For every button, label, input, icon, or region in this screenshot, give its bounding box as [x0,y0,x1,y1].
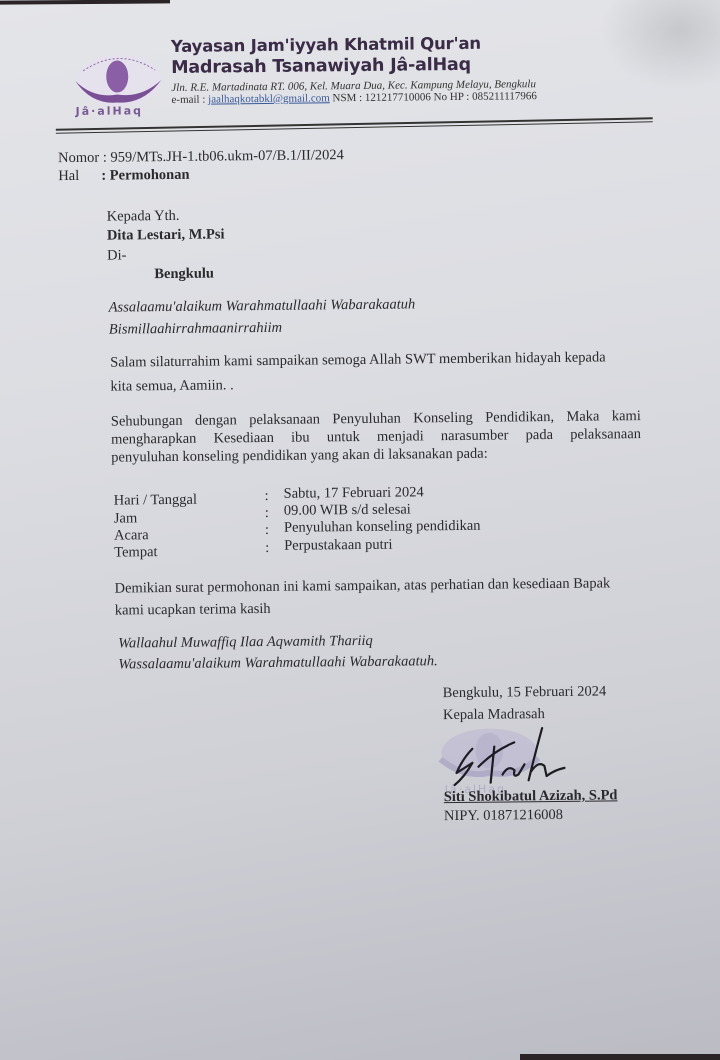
detail-value-time: 09.00 WIB s/d selesai [284,501,411,519]
recipient-name: Dita Lestari, M.Psi [107,226,225,244]
school-name: Madrasah Tsanawiyah Jâ-alHaq [171,55,471,78]
nomor-line: Nomor : 959/MTs.JH-1.tb06.ukm-07/B.1/II/… [58,147,344,167]
school-logo-icon: Jâ·alHaq [69,46,170,119]
nomor-value: 959/MTs.JH-1.tb06.ukm-07/B.1/II/2024 [110,147,344,165]
detail-value-event: Penyuluhan konseling pendidikan [284,518,481,537]
greeting-assalaamu: Assalaamu'alaikum Warahmatullaahi Wabara… [109,296,416,316]
signer-nipy: NIPY. 01871216008 [444,807,563,825]
detail-label-event: Acara [114,527,149,544]
para1-line2: kita semua, Aamiin. . [110,377,233,395]
closing-line2: kami ucapkan terima kasih [115,601,271,620]
closing-line1: Demikian surat permohonan ini kami sampa… [115,575,611,597]
closing-greeting-2: Wassalaamu'alaikum Warahmatullaahi Wabar… [118,653,437,673]
email-label: e-mail : [171,94,208,106]
signature-icon [442,720,593,792]
detail-colon: : [265,488,269,505]
detail-colon: : [265,505,269,522]
detail-value-place: Perpustakaan putri [284,537,393,555]
para2-line3: penyuluhan konseling pendidikan yang aka… [111,446,488,467]
hal-label: Hal [58,168,79,185]
detail-colon: : [265,522,269,539]
detail-label-time: Jam [114,510,138,527]
detail-value-date: Sabtu, 17 Februari 2024 [284,484,424,502]
letterhead-divider [56,117,653,130]
nomor-label: Nomor : [58,150,107,167]
detail-colon: : [265,540,269,557]
school-contact: e-mail : jaalhaqkotabkl@gmail.com NSM : … [171,90,536,106]
email-link[interactable]: jaalhaqkotabkl@gmail.com [208,92,330,105]
detail-label-date: Hari / Tanggal [114,492,197,510]
recipient-salutation: Kepada Yth. [107,208,180,226]
closing-greeting-1: Wallaahul Muwaffiq Ilaa Aqwamith Thariiq [118,633,373,653]
nsm-phone: NSM : 121217710006 No HP : 085211117966 [330,90,537,104]
para1-line1: Salam silaturrahim kami sampaikan semoga… [110,349,606,371]
recipient-city: Bengkulu [154,266,214,284]
foundation-name: Yayasan Jam'iyyah Khatmil Qur'an [171,34,481,56]
detail-label-place: Tempat [114,544,157,561]
recipient-di: Di- [107,247,127,264]
hal-value: : Permohonan [101,167,189,185]
greeting-bismillah: Bismillaahirrahmaanirrahiim [109,320,282,339]
place-date: Bengkulu, 15 Februari 2024 [443,683,607,702]
letter-page: Jâ·alHaq Yayasan Jam'iyyah Khatmil Qur'a… [0,0,720,1060]
svg-text:Jâ·alHaq: Jâ·alHaq [75,104,144,118]
signer-name: Siti Shokibatul Azizah, S.Pd [444,787,618,806]
